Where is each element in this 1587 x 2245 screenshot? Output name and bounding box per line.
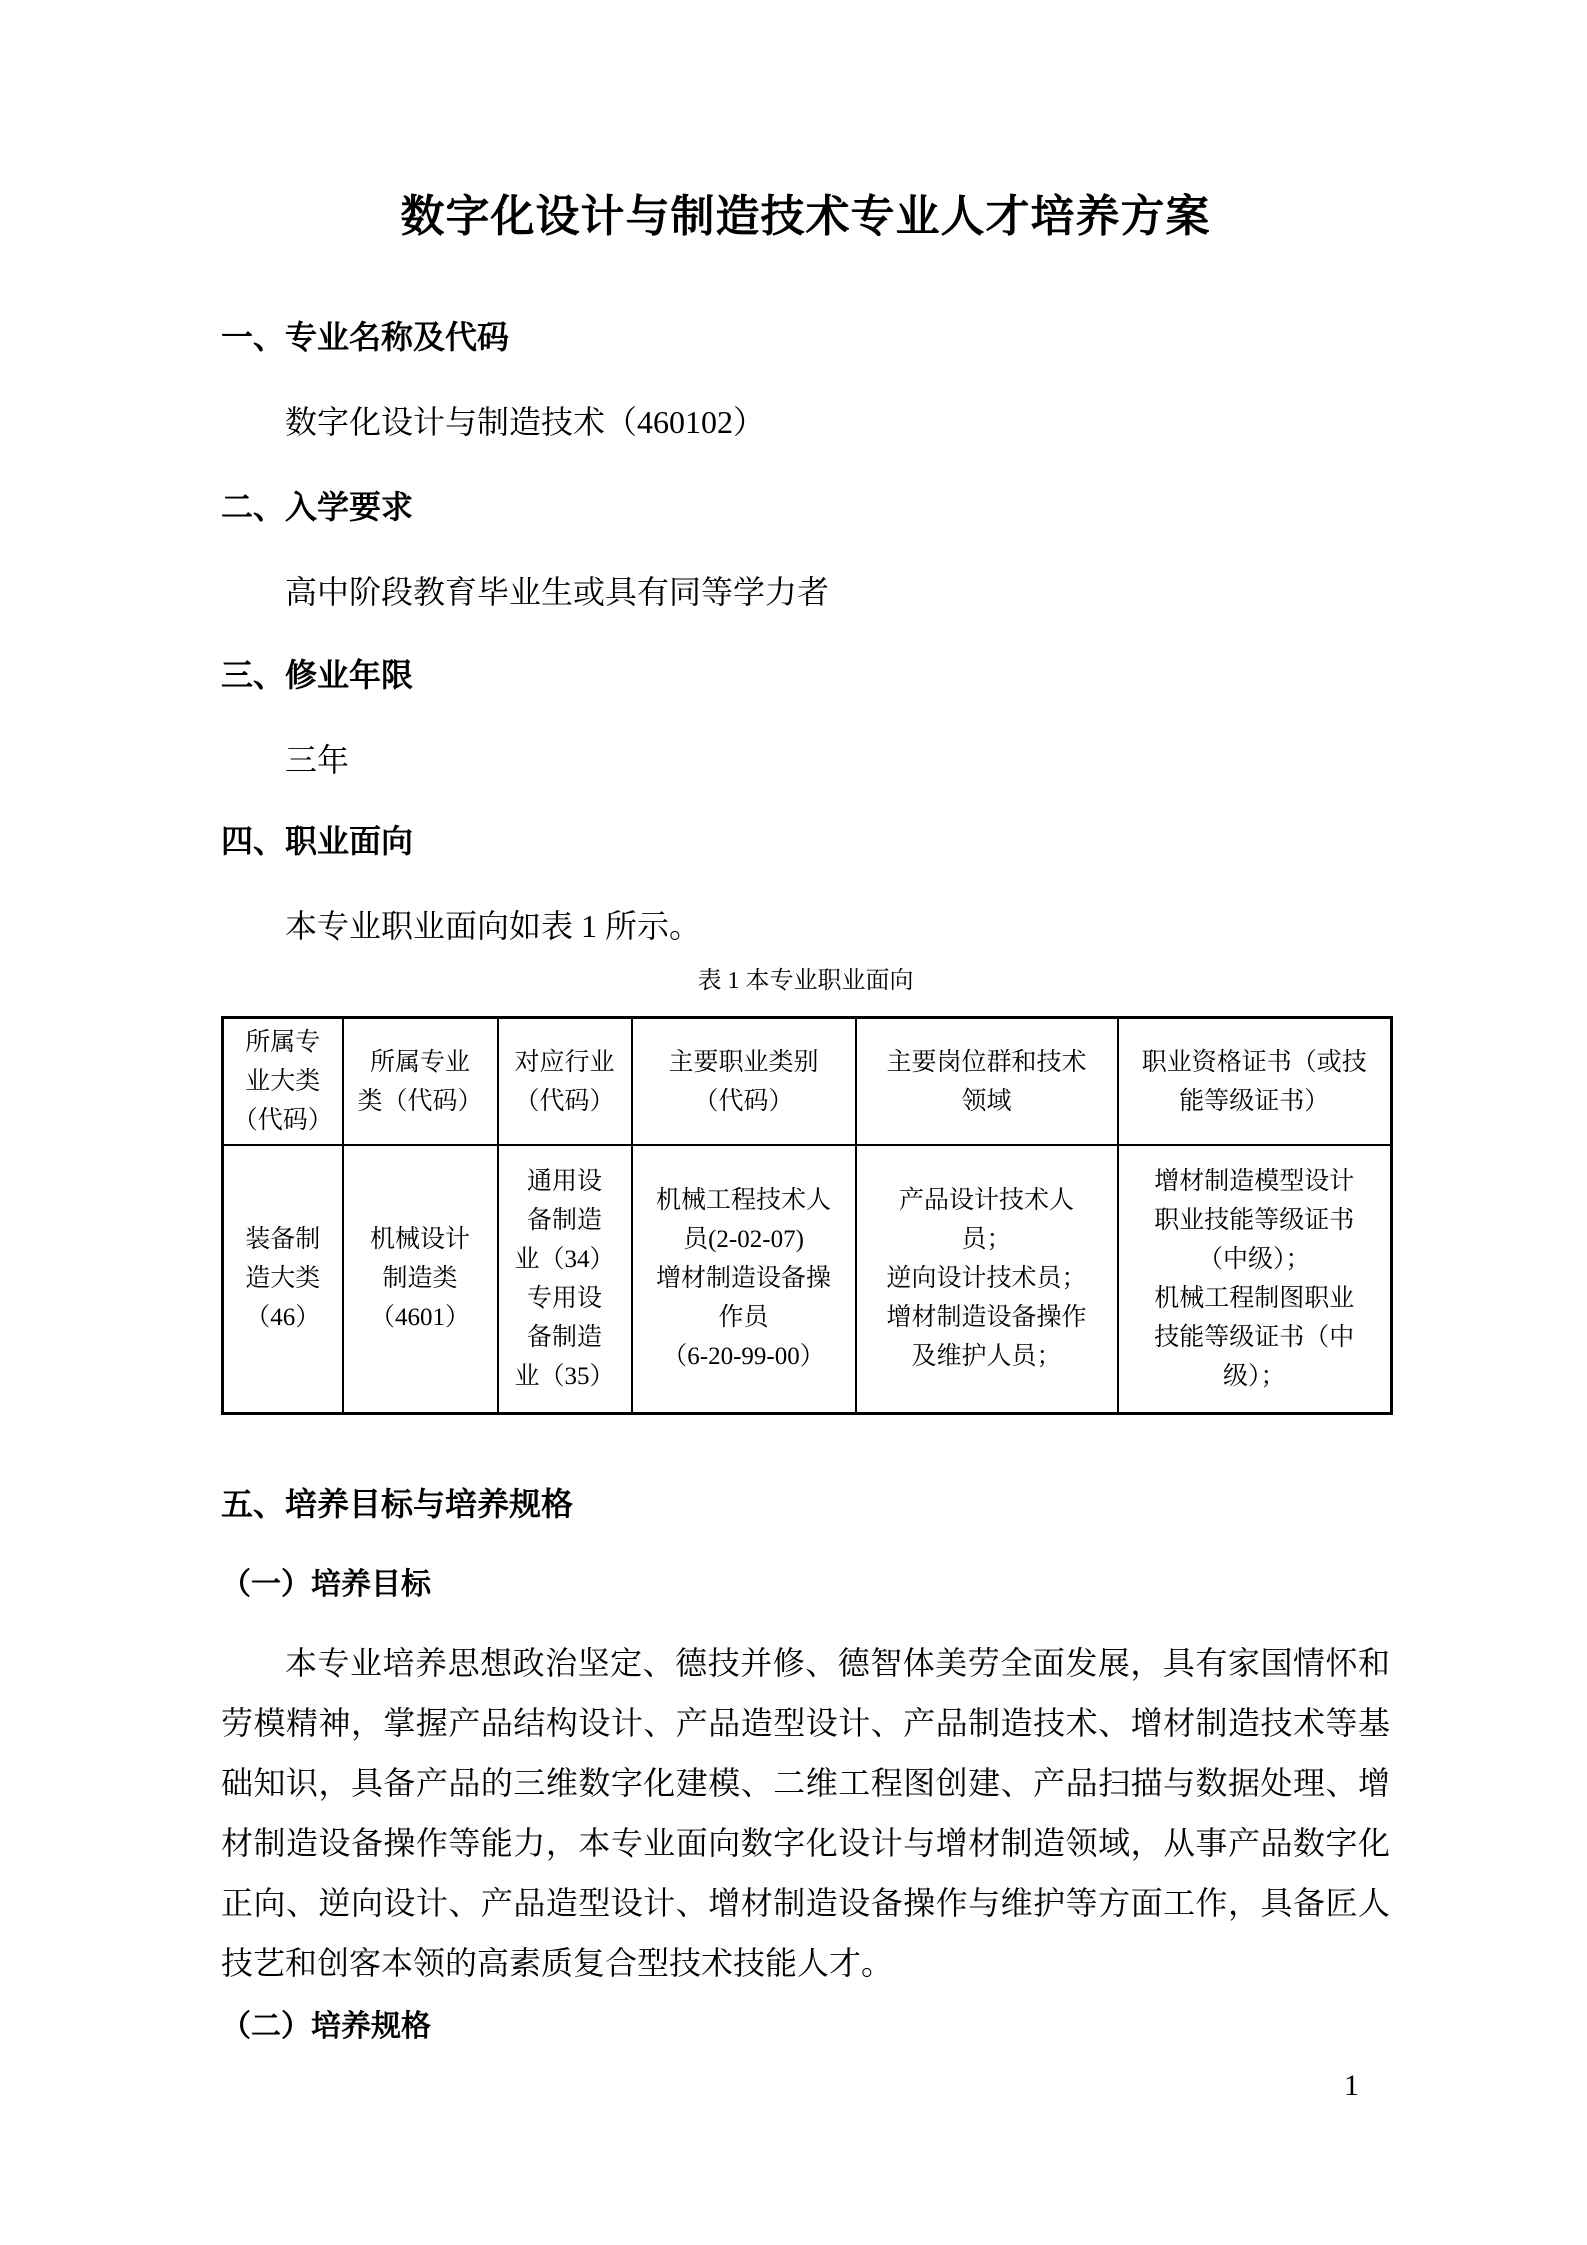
table-header-cell-certificates: 职业资格证书（或技 能等级证书） <box>1118 1018 1392 1146</box>
page-number: 1 <box>1344 2068 1359 2104</box>
table-cell-post-group: 产品设计技术人 员； 逆向设计技术员； 增材制造设备操作 及维护人员； <box>856 1145 1118 1413</box>
occupation-table: 所属专 业大类 （代码） 所属专业 类（代码） 对应行业 （代码） 主要职业类别… <box>221 1016 1393 1415</box>
section-body-3: 三年 <box>221 738 1390 782</box>
table-cell-industry: 通用设 备制造 业（34） 专用设 备制造 业（35） <box>498 1145 632 1413</box>
training-objective-paragraph: 本专业培养思想政治坚定、德技并修、德智体美劳全面发展，具有家国情怀和劳模精神，掌… <box>221 1633 1390 1993</box>
table-header-cell-major-category: 所属专 业大类 （代码） <box>223 1018 343 1146</box>
table-cell-certificates: 增材制造模型设计 职业技能等级证书 （中级）； 机械工程制图职业 技能等级证书（… <box>1118 1145 1392 1413</box>
section-body-1: 数字化设计与制造技术（460102） <box>221 400 1390 444</box>
table-header-cell-occupation: 主要职业类别 （代码） <box>632 1018 856 1146</box>
table-cell-major-category: 装备制 造大类 （46） <box>223 1145 343 1413</box>
table-cell-occupation: 机械工程技术人 员(2-02-07) 增材制造设备操 作员 （6-20-99-0… <box>632 1145 856 1413</box>
section-body-4: 本专业职业面向如表 1 所示。 <box>221 904 1390 948</box>
subsection-heading-training-objective: （一）培养目标 <box>221 1565 1390 1605</box>
table-body-row: 装备制 造大类 （46） 机械设计 制造类 （4601） 通用设 备制造 业（3… <box>223 1145 1392 1413</box>
table-header-cell-post-group: 主要岗位群和技术 领域 <box>856 1018 1118 1146</box>
document-page: 数字化设计与制造技术专业人才培养方案 一、专业名称及代码 数字化设计与制造技术（… <box>0 0 1587 2245</box>
section-heading-5: 五、培养目标与培养规格 <box>221 1483 1390 1525</box>
table-header-cell-industry: 对应行业 （代码） <box>498 1018 632 1146</box>
document-content: 数字化设计与制造技术专业人才培养方案 一、专业名称及代码 数字化设计与制造技术（… <box>0 190 1587 2047</box>
subsection-heading-training-specification: （二）培养规格 <box>221 2007 1390 2047</box>
table-caption: 表 1 本专业职业面向 <box>221 966 1390 996</box>
table-header-cell-category: 所属专业 类（代码） <box>343 1018 498 1146</box>
section-heading-4: 四、职业面向 <box>221 820 1390 862</box>
section-heading-2: 二、入学要求 <box>221 486 1390 528</box>
table-cell-category: 机械设计 制造类 （4601） <box>343 1145 498 1413</box>
section-body-2: 高中阶段教育毕业生或具有同等学力者 <box>221 570 1390 614</box>
document-title: 数字化设计与制造技术专业人才培养方案 <box>221 190 1390 244</box>
table-header-row: 所属专 业大类 （代码） 所属专业 类（代码） 对应行业 （代码） 主要职业类别… <box>223 1018 1392 1146</box>
section-heading-3: 三、修业年限 <box>221 654 1390 696</box>
section-heading-1: 一、专业名称及代码 <box>221 316 1390 358</box>
